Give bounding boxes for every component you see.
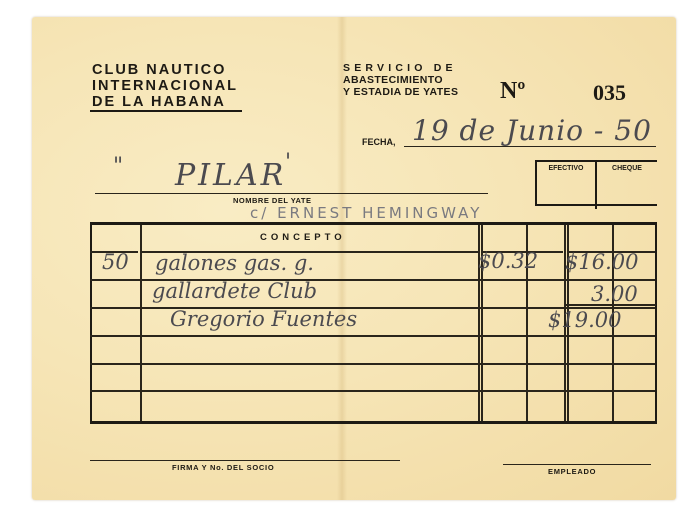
row-2-amount: 3.00 [591,282,638,306]
check-label: CHEQUE [612,165,642,172]
club-name: CLUB NAUTICO INTERNACIONAL DE LA HABANA [92,62,238,110]
club-name-underline [90,110,242,112]
owner-note: c/ ERNEST HEMINGWAY [250,204,482,222]
club-name-line-2: INTERNACIONAL [92,78,238,94]
employee-label: EMPLEADO [548,467,596,476]
yacht-name-value: PILAR [175,158,286,193]
concept-header: CONCEPTO [260,232,346,243]
row-3-concept: Gregorio Fuentes [170,307,357,331]
row-3-amount: $19.00 [548,308,621,332]
cash-column: EFECTIVO [537,162,597,209]
row-1-concept: galones gas. g. [155,251,314,275]
subtotal-line [565,304,656,306]
date-label: FECHA, [362,137,396,147]
yacht-name-line [95,193,488,194]
row-1-unit-price: $0.32 [478,249,538,273]
qty-column-divider [140,225,142,421]
payment-type-box: EFECTIVO CHEQUE [535,160,657,206]
row-2-concept: gallardete Club [152,279,317,303]
check-column: CHEQUE [597,162,657,209]
yacht-name-quote-close: ' [285,150,291,175]
date-value: 19 de Junio - 50 [412,114,652,147]
receipt-number-value: 035 [593,80,626,106]
service-line-2: ABASTECIMIENTO [343,74,458,86]
row-line-5 [90,390,655,392]
service-line-3: Y ESTADIA DE YATES [343,86,458,98]
service-description: SERVICIO DE ABASTECIMIENTO Y ESTADIA DE … [343,62,458,98]
row-1-qty: 50 [102,250,129,274]
payment-box-bottom [535,204,657,206]
table-left-border [90,225,92,421]
row-line-4 [90,363,655,365]
member-signature-label: FIRMA Y No. DEL SOCIO [172,463,274,472]
member-signature-line [90,460,400,461]
row-1-amount: $16.00 [565,250,638,274]
club-name-line-1: CLUB NAUTICO [92,62,238,78]
receipt-number-label: Nº [500,78,525,105]
employee-signature-line [503,464,651,465]
yacht-name-quote-open: " [113,154,123,179]
club-name-line-3: DE LA HABANA [92,94,238,110]
row-line-3 [90,335,655,337]
service-line-1: SERVICIO DE [343,62,458,74]
cash-label: EFECTIVO [548,165,583,172]
